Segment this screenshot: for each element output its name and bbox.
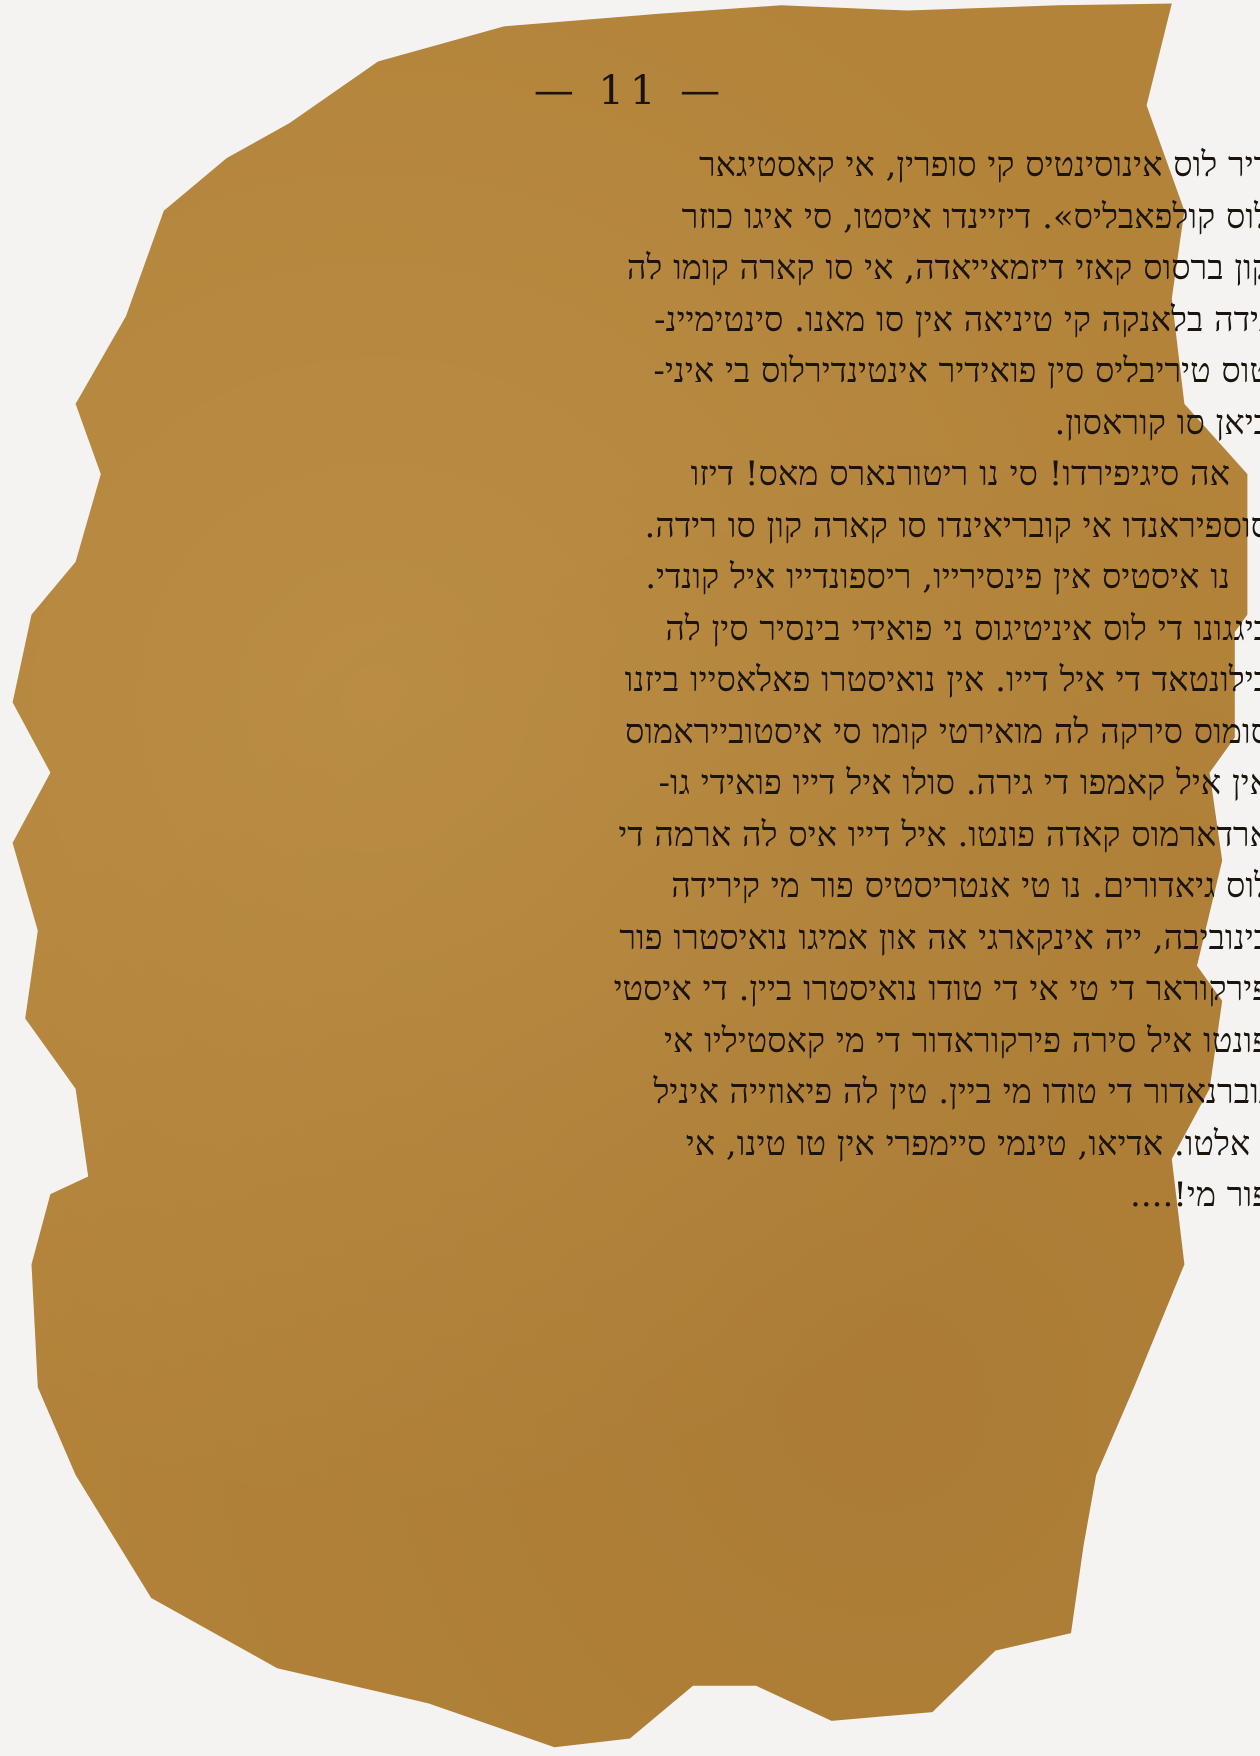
paragraph-start-line: אה סיגיפירדו! סי נו ריטורנארס מאס! דיזו [140, 449, 1260, 501]
text-line: קון ברסוס קאזי דיזמאייאדה, אי סו קארה קו… [140, 243, 1260, 295]
text-line: פירקוראר די טי אי די טודו נואיסטרו ביין.… [140, 964, 1260, 1016]
text-line: בינוביבה, ייה אינקארגי אה און אמיגו נואי… [140, 913, 1260, 965]
text-line: ביאן סו קוראסון. [140, 398, 1260, 450]
paragraph-start-line: נו איסטיס אין פינסירייו, ריספונדייו איל … [140, 552, 1260, 604]
page-number: — 11 — [0, 68, 1260, 114]
text-line: לוס קולפאבליס». דיזיינדו איסטו, סי איגו … [140, 192, 1260, 244]
document-body: דיר לוס אינוסינטיס קי סופרין, אי קאסטיגא… [140, 140, 1260, 1222]
text-line: נידה בלאנקה קי טיניאה אין סו מאנו. סינטי… [140, 295, 1260, 347]
text-line: ביגגונו די לוס איניטיגוס ני פואידי בינסי… [140, 604, 1260, 656]
text-line: סומוס סירקה לה מואירטי קומו סי איסטובייר… [140, 707, 1260, 759]
text-line: אין איל קאמפו די גירה. סולו איל דייו פוא… [140, 758, 1260, 810]
text-line: י אלטו. אדיאו, טינמי סיימפרי אין טו טינו… [140, 1119, 1260, 1171]
text-line: טוס טיריבליס סין פואידיר אינטינדירלוס בי… [140, 346, 1260, 398]
final-line: פור מי!.... [140, 1170, 1260, 1222]
text-line: פונטו איל סירה פירקוראדור די מי קאסטיליו… [140, 1016, 1260, 1068]
text-line: סוספיראנדו אי קובריאינדו סו קארה קון סו … [140, 501, 1260, 553]
text-line: בילונטאד די איל דייו. אין נואיסטרו פאלאס… [140, 655, 1260, 707]
text-line: גוברנאדור די טודו מי ביין. טין לה פיאוזי… [140, 1067, 1260, 1119]
text-line: דיר לוס אינוסינטיס קי סופרין, אי קאסטיגא… [140, 140, 1260, 192]
text-line: ארדארמוס קאדה פונטו. איל דייו איס לה ארמ… [140, 810, 1260, 862]
text-line: לוס גיאדורים. נו טי אנטריסטיס פור מי קיר… [140, 861, 1260, 913]
